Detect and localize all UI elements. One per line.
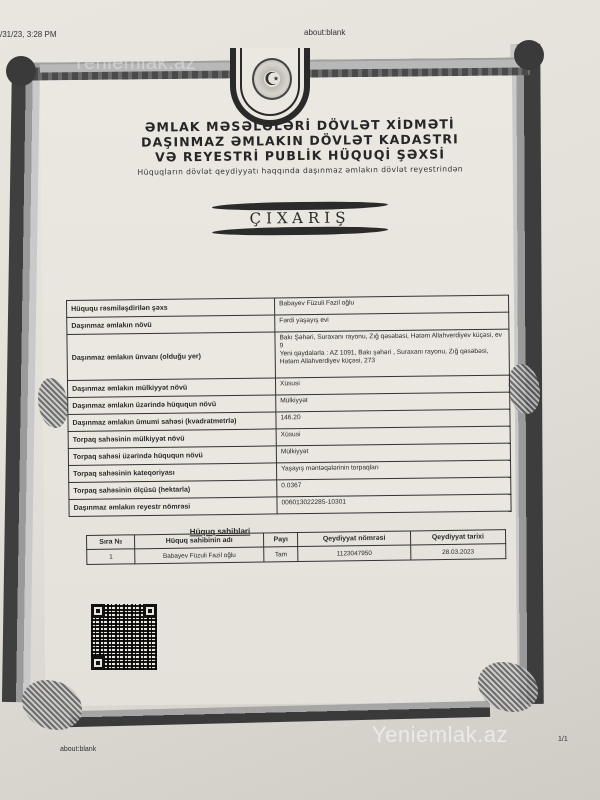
print-footer-url: about:blank [60,746,96,753]
qr-finder-icon [91,604,105,618]
corner-ornament-icon [514,40,544,70]
print-header-date: /31/23, 3:28 PM [0,30,56,39]
document-title: ƏMLAK MƏSƏLƏLƏRİ DÖVLƏT XİDMƏTİ DAŞINMAZ… [100,116,501,177]
owners-column-header: Sıra № [87,535,136,550]
info-row: Daşınmaz əmlakın ünvanı (olduğu yer)Bakı… [67,329,510,380]
owners-column-header: Payı [263,533,298,547]
cixaris-heading: ÇIXARIŞ [212,195,392,241]
brush-stroke-bottom [212,226,388,236]
info-label: Daşınmaz əmlakın ünvanı (olduğu yer) [67,332,276,381]
owners-cell: Babayev Füzuli Fazil oğlu [135,547,264,564]
owners-column-header: Qeydiyyat tarixi [410,530,506,545]
print-header-url: about:blank [304,28,345,37]
info-value: 006013022285-10301 [277,494,511,514]
owners-cell: 1123047950 [298,545,410,562]
owners-cell: 28.03.2023 [410,544,506,560]
owners-cell: 1 [87,549,136,565]
corner-ornament-icon [6,56,36,86]
owners-cell: Tam [264,547,299,562]
info-value: Bakı Şəhəri, Suraxanı rayonu, Zığ qəsəbə… [275,329,510,378]
qr-code [91,604,157,670]
qr-finder-icon [91,656,105,670]
owners-table: Sıra №Hüquq sahibinin adıPayıQeydiyyat n… [86,529,506,565]
frame-left-border [2,62,40,702]
qr-finder-icon [143,604,157,618]
state-emblem-icon: ☪ [252,58,292,100]
property-info-table: Hüququ rəsmiləşdirilən şəxsBabayev Füzul… [66,295,512,517]
print-footer-page: 1/1 [558,736,568,743]
title-line: VƏ REYESTRİ PUBLİK HÜQUQİ ŞƏXSİ [100,146,500,165]
info-label: Daşınmaz əmlakın reyestr nömrəsi [69,497,277,517]
watermark: Yeniemlak.az [372,722,508,748]
heading-text: ÇIXARIŞ [212,208,388,228]
